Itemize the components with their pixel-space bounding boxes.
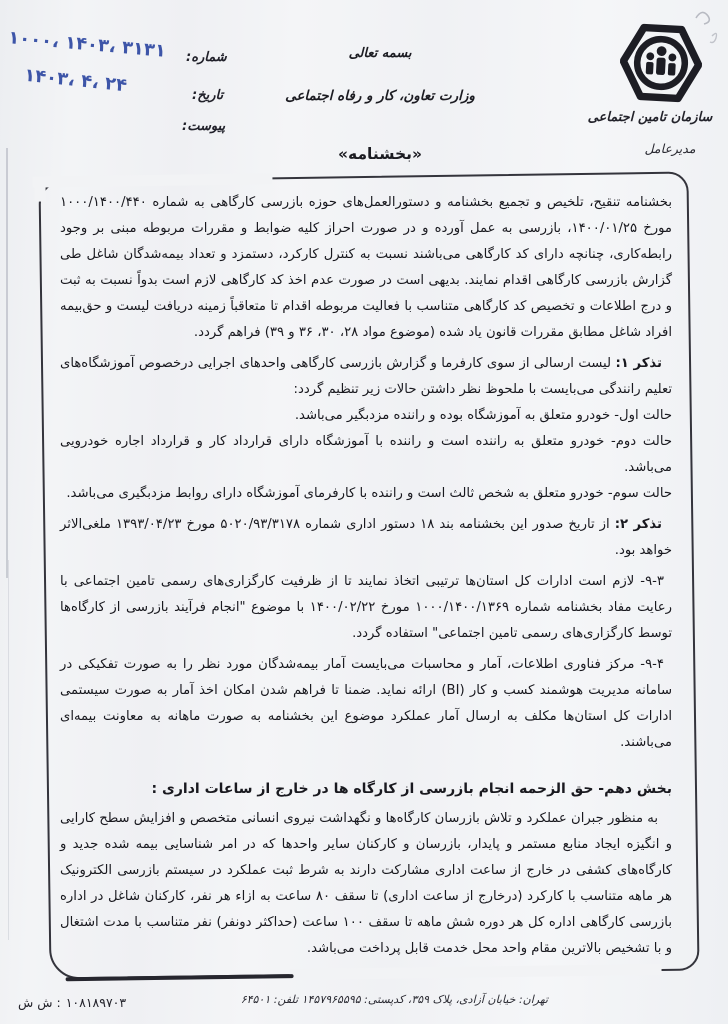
paragraph-section-10: به منظور جبران عملکرد و تلاش بازرسان کار…	[60, 806, 672, 962]
serial-value: ۱۰۸۱۸۹۷۰۳	[66, 995, 126, 1010]
section-10-heading: بخش دهم- حق الزحمه انجام بازرسی از کارگا…	[60, 776, 672, 802]
handwritten-date-value: ۱۴۰۳، ۴، ۲۴	[23, 65, 128, 97]
note-1-lead: تذکر ۱:	[615, 356, 662, 371]
note-2-text: از تاریخ صدور این بخشنامه بند ۱۸ دستور ا…	[60, 517, 672, 558]
case-line-3: حالت سوم- خودرو متعلق به شخص ثالث است و …	[60, 481, 672, 507]
scanned-circular-page: سازمان تامین اجتماعی مدیرعامل بسمه تعالی…	[0, 0, 728, 1024]
note-2-lead: تذکر ۲:	[615, 517, 662, 532]
case-line-2: حالت دوم- خودرو متعلق به راننده است و را…	[60, 429, 672, 481]
paragraph-item-9-4: ۹-۴- مرکز فناوری اطلاعات، آمار و محاسبات…	[60, 652, 672, 756]
signatory-title: مدیرعامل	[626, 141, 714, 156]
page-edge-shadow-lower	[8, 560, 9, 940]
frame-faded-bottom-segment	[289, 964, 661, 980]
circular-body: بخشنامه تنقیح، تلخیص و تجمیع بخشنامه و د…	[60, 190, 672, 962]
case-line-1: حالت اول- خودرو متعلق به آموزشگاه بوده و…	[60, 403, 672, 429]
organization-name: سازمان تامین اجتماعی	[578, 110, 722, 125]
frame-faded-left-segment	[34, 177, 45, 201]
paragraph-note-1: تذکر ۱: لیست ارسالی از سوی کارفرما و گزا…	[60, 351, 672, 403]
handwritten-number-value: ۱۰۰۰، ۱۴۰۳، ۳۱۳۱	[7, 27, 166, 62]
footer-serial: ش ش : ۱۰۸۱۸۹۷۰۳	[18, 995, 126, 1010]
serial-label: ش ش :	[18, 995, 61, 1010]
page-edge-shadow	[6, 148, 8, 578]
frame-faded-top-segment	[32, 173, 272, 187]
paragraph-item-9-3: ۹-۳- لازم است ادارات کل استان‌ها ترتیبی …	[60, 569, 672, 647]
ministry-name: وزارت تعاون، کار و رفاه اجتماعی	[270, 88, 490, 104]
people-figures	[645, 45, 676, 75]
paragraph-note-2: تذکر ۲: از تاریخ صدور این بخشنامه بند ۱۸…	[60, 512, 672, 564]
document-type-title: «بخشنامه»	[305, 145, 455, 163]
note-1-text: لیست ارسالی از سوی کارفرما و گزارش بازرس…	[60, 356, 672, 397]
attachment-label: پیوست:	[182, 119, 225, 134]
paragraph-intro: بخشنامه تنقیح، تلخیص و تجمیع بخشنامه و د…	[60, 190, 672, 346]
scan-artifact	[688, 6, 722, 52]
footer-address: تهران: خیابان آزادی، پلاک ۳۵۹، کدپستی: ۱…	[252, 993, 548, 1006]
number-label: شماره:	[186, 50, 227, 65]
date-label: تاریخ:	[192, 88, 223, 103]
frame-thick-bottom-segment	[66, 974, 294, 982]
besmele-text: بسمه تعالی	[310, 46, 450, 61]
